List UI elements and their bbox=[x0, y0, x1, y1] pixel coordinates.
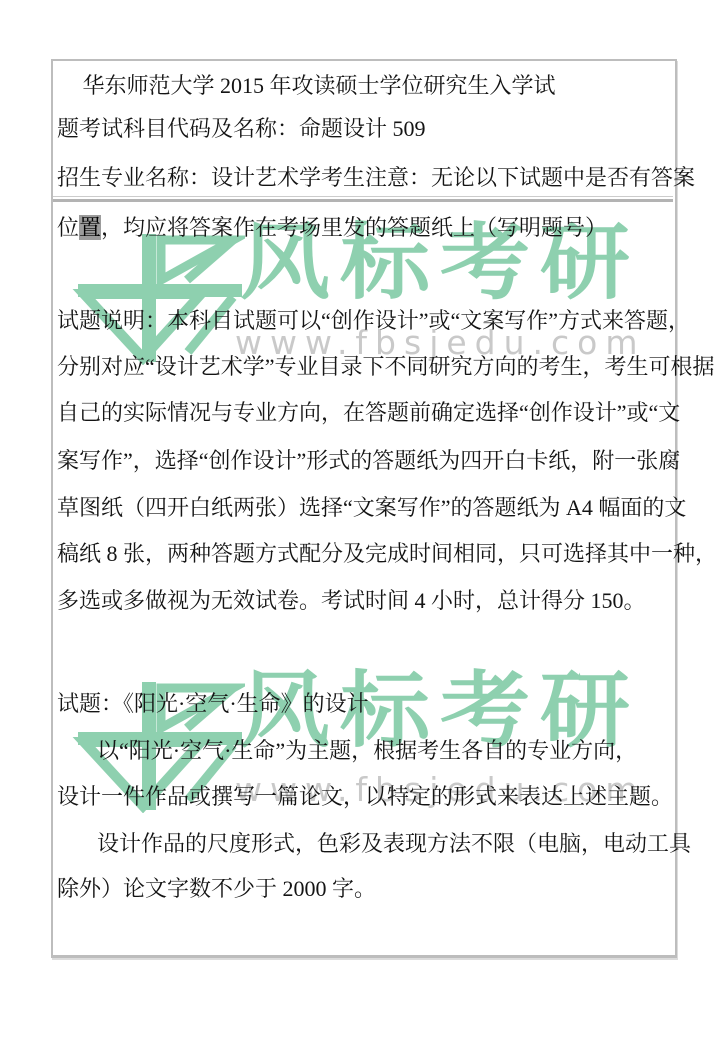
highlighted-char: 置 bbox=[79, 215, 101, 240]
major-notice-line: 招生专业名称：设计艺术学考生注意：无论以下试题中是否有答案 bbox=[57, 164, 671, 192]
instructions-line-5: 草图纸（四开白纸两张）选择“文案写作”的答题纸为 A4 幅面的文 bbox=[57, 494, 671, 522]
subject-code-line: 题考试科目代码及名称：命题设计 509 bbox=[57, 115, 671, 143]
instructions-line-3: 自己的实际情况与专业方向，在答题前确定选择“创作设计”或“文 bbox=[57, 399, 671, 427]
question-body-line-3: 设计作品的尺度形式，色彩及表现方法不限（电脑，电动工具 bbox=[57, 830, 711, 858]
instructions-line-4: 案写作”，选择“创作设计”形式的答题纸为四开白卡纸，附一张腐 bbox=[57, 447, 671, 475]
instructions-line-7: 多选或多做视为无效试卷。考试时间 4 小时，总计得分 150。 bbox=[57, 587, 671, 615]
header-divider bbox=[53, 196, 673, 202]
document-page: 风标考研 www.fbsjedu.com 风标考研 www.fbsjedu.co… bbox=[0, 0, 726, 1045]
instructions-line-1: 试题说明：本科目试题可以“创作设计”或“文案写作”方式来答题， bbox=[57, 307, 671, 335]
notice-continued-line: 位置，均应将答案作在考场里发的答题纸上（写明题号） bbox=[57, 214, 671, 242]
notice-text-post: ，均应将答案作在考场里发的答题纸上（写明题号） bbox=[101, 215, 607, 240]
question-body-line-2: 设计一件作品或撰写一篇论文，以特定的形式来表达上述主题。 bbox=[57, 783, 671, 811]
brand-logo-icon bbox=[60, 230, 245, 365]
instructions-line-2: 分别对应“设计艺术学”专业目录下不同研究方向的考生，考生可根据 bbox=[57, 353, 671, 381]
instructions-line-6: 稿纸 8 张，两种答题方式配分及完成时间相同，只可选择其中一种， bbox=[57, 540, 671, 568]
exam-title: 华东师范大学 2015 年攻读硕士学位研究生入学试 bbox=[53, 72, 673, 100]
question-body-line-1: 以“阳光·空气·生命”为主题，根据考生各自的专业方向， bbox=[57, 737, 711, 765]
notice-text-pre: 位 bbox=[57, 215, 79, 240]
question-title-line: 试题：《阳光·空气·生命》的设计 bbox=[57, 690, 671, 718]
question-body-line-4: 除外）论文字数不少于 2000 字。 bbox=[57, 875, 671, 903]
